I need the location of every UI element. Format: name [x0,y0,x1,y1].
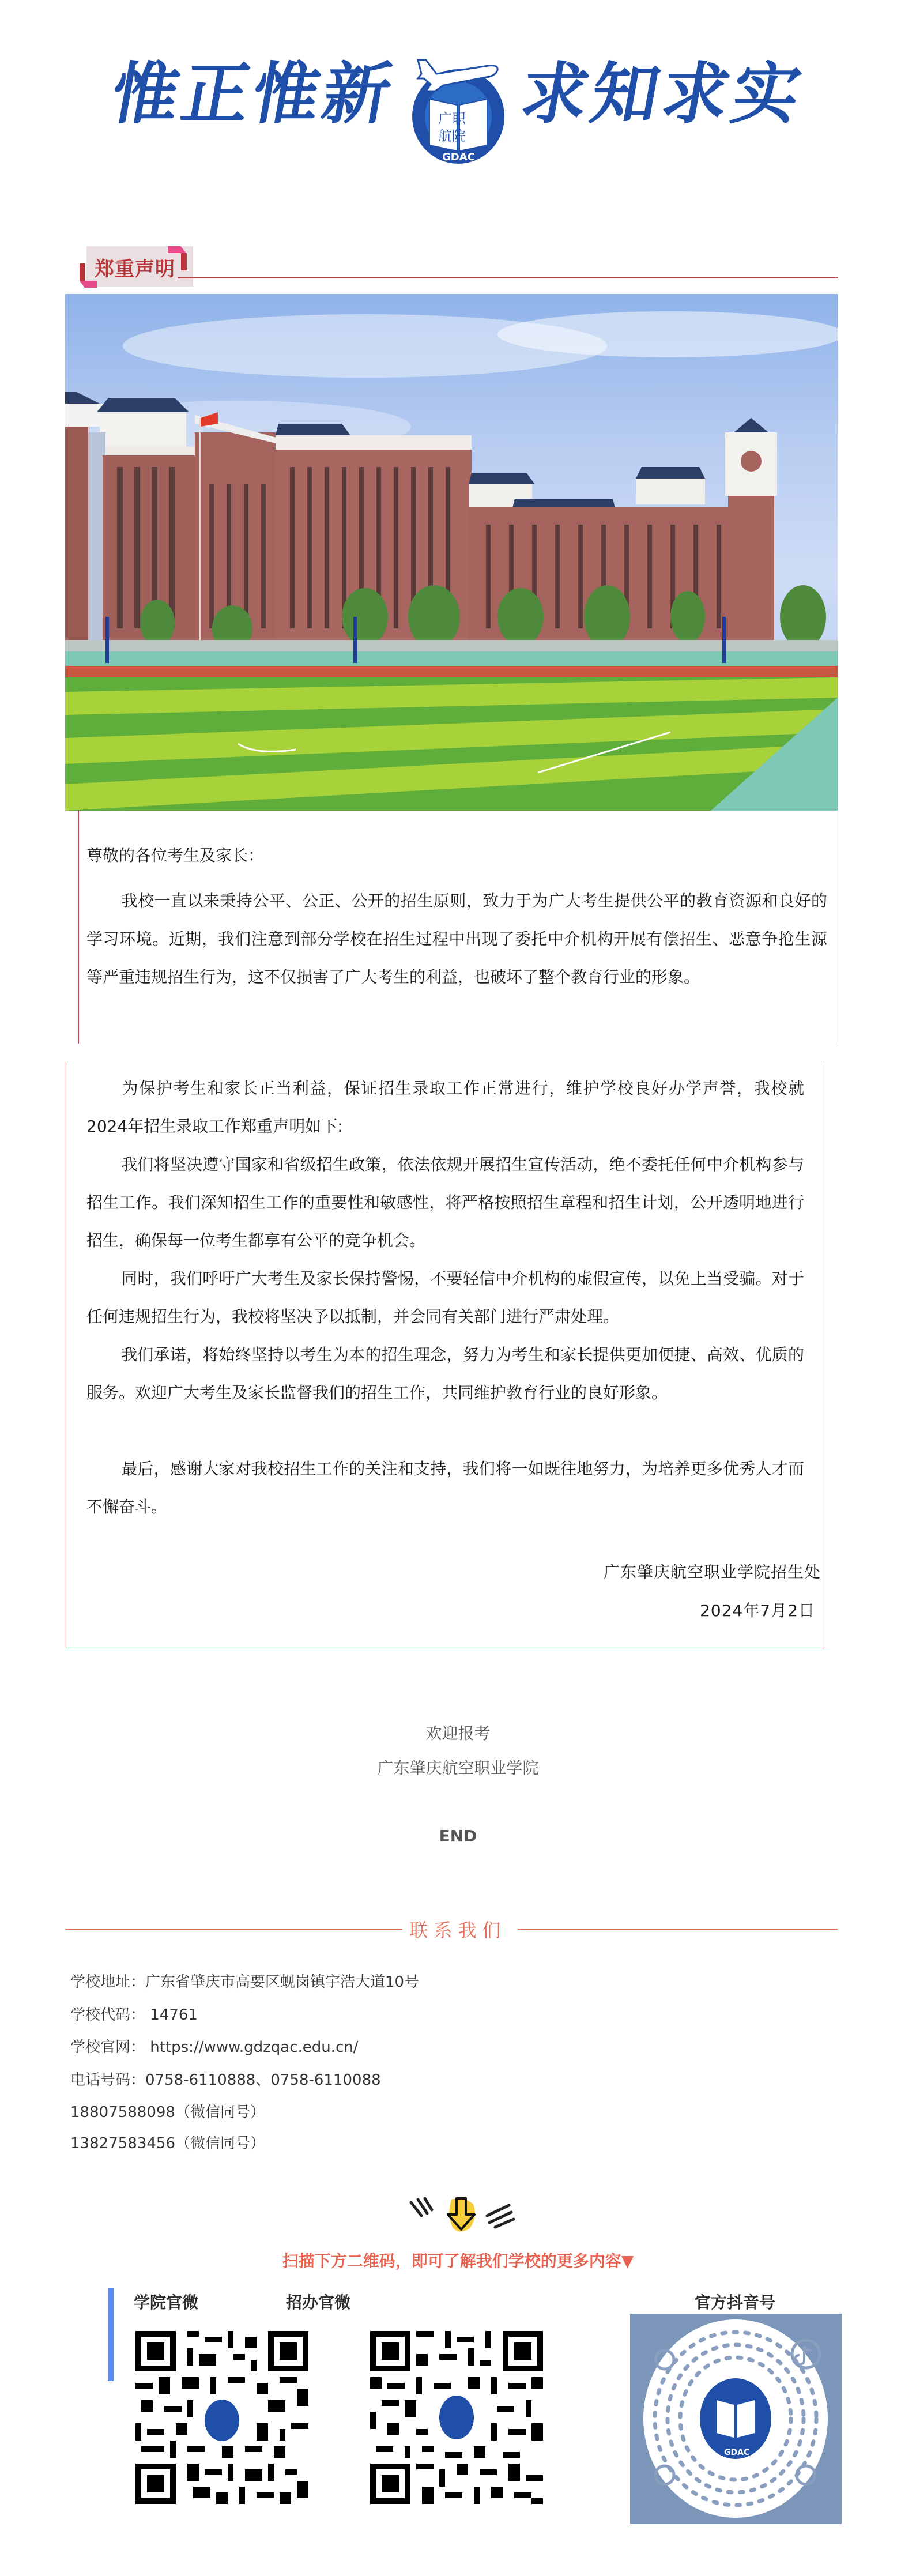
statement-paragraph: 我校一直以来秉持公平、公正、公开的招生原则，致力于为广大考生提供公平的教育资源和… [86,882,827,996]
douyin-qr-code-icon[interactable]: GDAC [630,2314,842,2524]
contact-address: 学校地址：广东省肇庆市高要区蚬岗镇宇浩大道10号 [70,1970,419,1991]
svg-text:广职: 广职 [438,111,466,127]
contact-wechat-2: 13827583456（微信同号） [70,2131,265,2153]
svg-text:GDAC: GDAC [724,2448,749,2457]
motto-right: 求知求实 [516,61,809,127]
signature: 广东肇庆航空职业学院招生处 [604,1560,821,1583]
school-name: 广东肇庆航空职业学院 [0,1756,916,1779]
college-emblem-icon: 广职 航院 GDAC [406,53,510,165]
motto-left: 惟正惟新 [107,61,399,127]
welcome-text: 欢迎报考 [0,1721,916,1744]
contact-school-code: 学校代码： 14761 [70,2003,198,2024]
qr-label-admission-wechat: 招办官微 [243,2290,393,2313]
svg-text:GDAC: GDAC [442,151,475,163]
corner-decoration [80,281,97,288]
contact-divider-right [518,1929,838,1930]
wechat-qr-code-icon[interactable] [364,2325,549,2512]
campus-photo [65,294,838,811]
statement-paragraph: 同时，我们呼吁广大考生及家长保持警惕，不要轻信中介机构的虚假宣传，以免上当受骗。… [86,1260,804,1336]
wechat-qr-code-icon[interactable] [130,2325,314,2512]
statement-paragraph: 为保护考生和家长正当利益，保证招生录取工作正常进行，维护学校良好办学声誉，我校就… [86,1069,804,1146]
greeting: 尊敬的各位考生及家长： [86,843,264,866]
section-divider [178,277,838,278]
svg-text:航院: 航院 [438,128,466,144]
corner-decoration [181,253,187,270]
contact-website[interactable]: 学校官网： https://www.gdzqac.edu.cn/ [70,2035,359,2057]
section-title: 郑重声明 [95,253,175,281]
qr-label-douyin: 官方抖音号 [660,2290,810,2313]
corner-decoration [80,263,85,281]
statement-paragraph: 我们将坚决遵守国家和省级招生政策，依法依规开展招生宣传活动，绝不委托任何中介机构… [86,1146,804,1260]
qr-label-college-wechat: 学院官微 [91,2290,241,2313]
statement-date: 2024年7月2日 [700,1598,815,1621]
scan-tip: 扫描下方二维码，即可了解我们学校的更多内容▼ [0,2249,916,2272]
contact-wechat-1: 18807588098（微信同号） [70,2100,265,2122]
down-arrow-icon [401,2194,516,2240]
contact-phone: 电话号码：0758-6110888、0758-6110088 [70,2068,381,2089]
statement-paragraph: 最后，感谢大家对我校招生工作的关注和支持，我们将一如既往地努力，为培养更多优秀人… [86,1450,804,1526]
section-title-badge: 郑重声明 [80,246,202,287]
statement-paragraph: 我们承诺，将始终坚持以考生为本的招生理念，努力为考生和家长提供更加便捷、高效、优… [86,1336,804,1412]
end-marker: END [0,1826,916,1846]
